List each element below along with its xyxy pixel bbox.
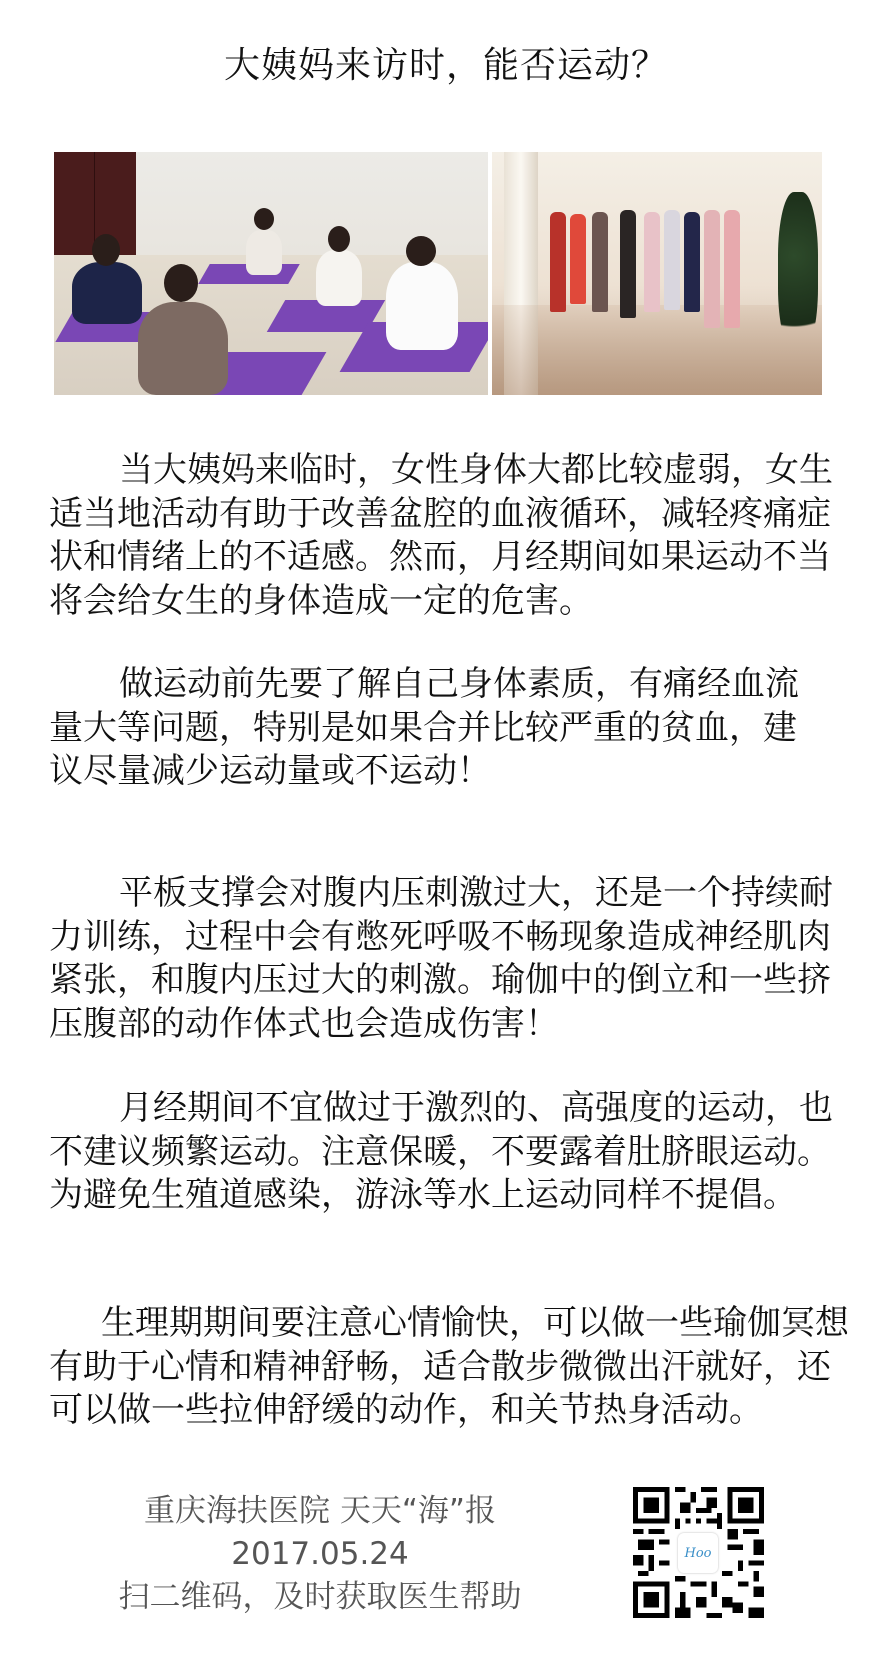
paragraph-1: 当大姨妈来临时，女性身体大都比较虚弱，女生适当地活动有助于改善盆腔的血液循环，减… — [49, 449, 849, 623]
qr-call-to-action: 扫二维码，及时获取医生帮助 — [70, 1576, 570, 1619]
qr-code[interactable]: Hoo — [632, 1487, 765, 1618]
person — [684, 212, 700, 312]
person — [316, 250, 362, 306]
person — [644, 212, 660, 312]
person — [704, 210, 720, 328]
paragraph-4: 月经期间不宜做过于激烈的、高强度的运动，也不建议频繁运动。注意保暖，不要露着肚脐… — [49, 1087, 849, 1218]
person — [138, 302, 228, 395]
photo-row — [54, 152, 822, 395]
person — [550, 212, 566, 312]
person — [386, 262, 458, 350]
person-head — [92, 234, 120, 266]
person — [724, 210, 740, 328]
person — [72, 262, 142, 324]
person — [246, 230, 282, 275]
floor-reflection — [492, 305, 822, 395]
potted-plant — [778, 192, 818, 352]
paragraph-3: 平板支撑会对腹内压刺激过大，还是一个持续耐力训练，过程中会有憋死呼吸不畅现象造成… — [49, 872, 849, 1046]
person — [620, 210, 636, 318]
hospital-name: 重庆海扶医院 天天“海”报 — [70, 1490, 570, 1533]
person-head — [164, 264, 198, 302]
person — [664, 210, 680, 310]
hallway-exercise-photo — [492, 152, 822, 395]
paragraph-5: 生理期期间要注意心情愉快，可以做一些瑜伽冥想有助于心情和精神舒畅，适合散步微微出… — [49, 1302, 849, 1433]
footer-info: 重庆海扶医院 天天“海”报 2017.05.24 扫二维码，及时获取医生帮助 — [70, 1490, 570, 1619]
page-title: 大姨妈来访时，能否运动？ — [0, 44, 892, 88]
hospital-logo-icon: Hoo — [678, 1533, 718, 1573]
yoga-meditation-photo — [54, 152, 488, 395]
paragraph-2: 做运动前先要了解自己身体素质，有痛经血流量大等问题，特别是如果合并比较严重的贫血… — [49, 663, 809, 794]
person — [570, 214, 586, 304]
person-head — [254, 208, 274, 230]
person-head — [406, 236, 436, 266]
person-head — [328, 226, 350, 252]
person — [592, 212, 608, 312]
publish-date: 2017.05.24 — [70, 1533, 570, 1576]
